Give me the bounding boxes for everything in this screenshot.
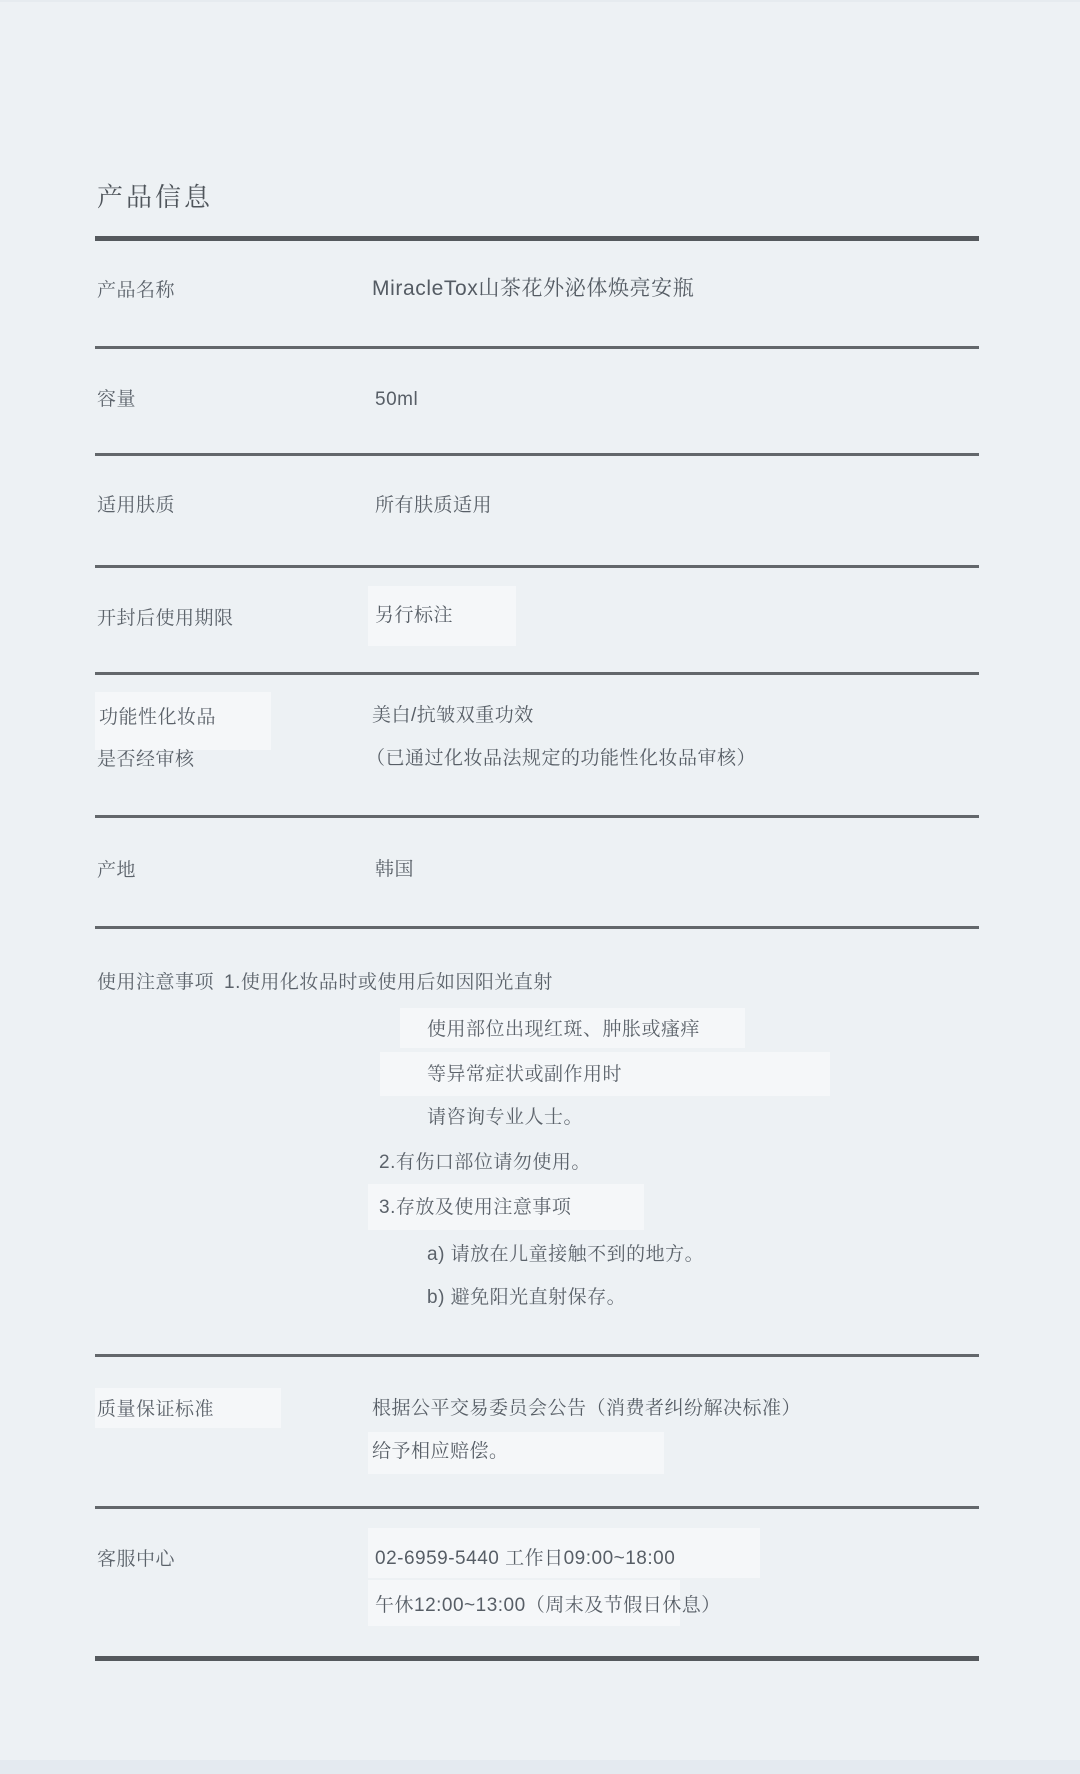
row-value-service-line1: 02-6959-5440 工作日09:00~18:00 xyxy=(375,1547,675,1571)
row-value-period-after-opening: 另行标注 xyxy=(375,604,453,628)
row-label-precautions: 使用注意事项 xyxy=(97,972,214,993)
row-value-skin-type: 所有肤质适用 xyxy=(375,494,492,518)
row-precautions-line1: 使用注意事项1.使用化妆品时或使用后如因阳光直射 xyxy=(97,971,553,995)
precautions-item1-line4: 请咨询专业人士。 xyxy=(427,1106,583,1130)
row-label-period-after-opening: 开封后使用期限 xyxy=(97,607,234,631)
page-bottom-band xyxy=(0,1760,1080,1774)
row-divider xyxy=(95,926,979,929)
row-value-quality-line1: 根据公平交易委员会公告（消费者纠纷解决标准） xyxy=(372,1397,801,1421)
row-divider xyxy=(95,815,979,818)
precautions-item1-line2: 使用部位出现红斑、肿胀或瘙痒 xyxy=(427,1018,700,1042)
header-divider xyxy=(95,236,979,241)
page-top-edge xyxy=(0,0,1080,2)
precautions-item2: 2.有伤口部位请勿使用。 xyxy=(379,1151,591,1175)
row-divider xyxy=(95,565,979,568)
row-label-product-name: 产品名称 xyxy=(97,279,175,303)
product-info-page: 产品信息 产品名称 MiracleTox山茶花外泌体焕亮安瓶 容量 50ml 适… xyxy=(0,0,1080,1774)
row-label-capacity: 容量 xyxy=(97,388,136,412)
row-value-origin: 韩国 xyxy=(375,858,414,882)
row-value-product-name: MiracleTox山茶花外泌体焕亮安瓶 xyxy=(372,276,694,302)
row-divider xyxy=(95,672,979,675)
precautions-item3-a: a) 请放在儿童接触不到的地方。 xyxy=(427,1243,704,1267)
page-title: 产品信息 xyxy=(97,184,213,210)
row-label-skin-type: 适用肤质 xyxy=(97,494,175,518)
row-value-capacity: 50ml xyxy=(375,388,418,412)
row-value-service-line2: 午休12:00~13:00（周末及节假日休息） xyxy=(375,1594,721,1618)
precautions-item3-b: b) 避免阳光直射保存。 xyxy=(427,1286,626,1310)
precautions-item1-line3: 等异常症状或副作用时 xyxy=(427,1063,622,1087)
precautions-item1: 1.使用化妆品时或使用后如因阳光直射 xyxy=(224,972,553,993)
row-label-functional-line2: 是否经审核 xyxy=(97,748,195,772)
row-value-functional-line1: 美白/抗皱双重功效 xyxy=(372,704,534,728)
row-value-functional-line2: （已通过化妆品法规定的功能性化妆品审核） xyxy=(366,747,756,771)
row-label-origin: 产地 xyxy=(97,859,136,883)
row-label-customer-service: 客服中心 xyxy=(97,1548,175,1572)
row-divider xyxy=(95,1354,979,1357)
row-divider xyxy=(95,453,979,456)
row-value-quality-line2: 给予相应赔偿。 xyxy=(372,1440,509,1464)
row-divider xyxy=(95,346,979,349)
footer-divider xyxy=(95,1656,979,1661)
row-label-quality-standard: 质量保证标准 xyxy=(97,1398,214,1422)
precautions-item3: 3.存放及使用注意事项 xyxy=(379,1196,571,1220)
row-divider xyxy=(95,1506,979,1509)
row-label-functional-line1: 功能性化妆品 xyxy=(99,706,216,730)
